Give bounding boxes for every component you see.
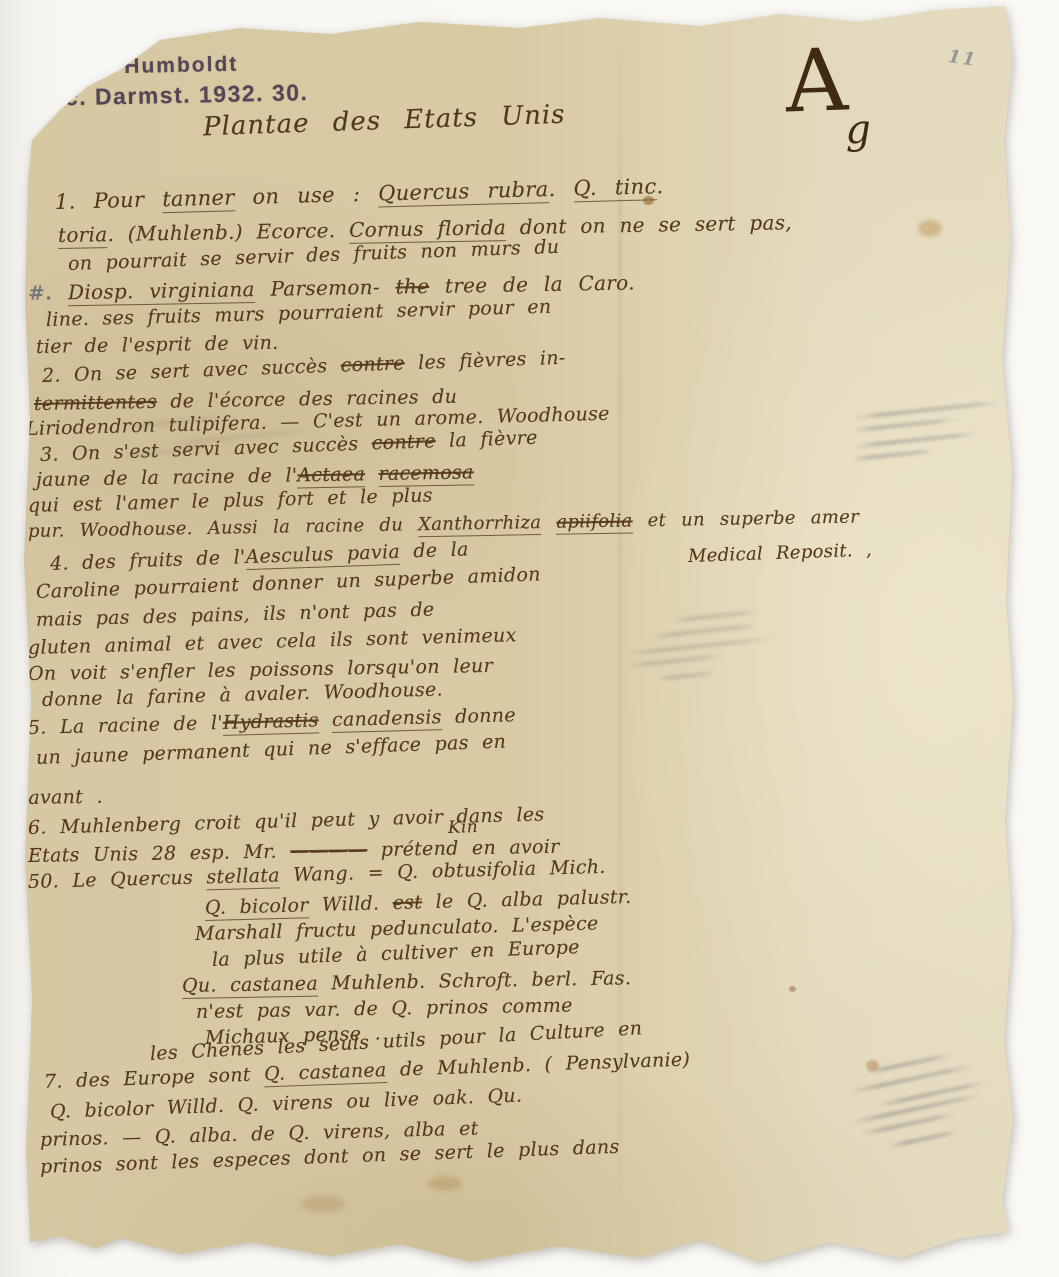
manuscript-line: 1. Pour tanner on use : Quercus rubra. Q… [55, 174, 664, 214]
paper-shadow: A. v. Humboldt acc. Darmst. 1932. 30. Pl… [0, 0, 1059, 1277]
foxing-spot [918, 220, 942, 237]
foxing-spot [428, 1176, 462, 1191]
manuscript-line: mais pas des pains, ils n'ont pas de [36, 599, 435, 631]
show-through-ghost [120, 420, 340, 465]
manuscript-line: Medical Reposit. , [688, 540, 873, 567]
show-through-ghost [628, 614, 774, 689]
foxing-spot [643, 196, 654, 205]
manuscript-line: tier de l'esprit de vin. [36, 332, 279, 358]
manuscript-line: n'est pas var. de Q. prinos comme [196, 994, 573, 1023]
foxing-spot [866, 1060, 879, 1071]
paper-sheet: A. v. Humboldt acc. Darmst. 1932. 30. Pl… [0, 0, 1059, 1277]
scanned-page: A. v. Humboldt acc. Darmst. 1932. 30. Pl… [0, 0, 1059, 1277]
manuscript-line: lavant . [22, 786, 103, 809]
show-through-ghost [848, 1062, 1006, 1152]
manuscript-line: gluten animal et avec cela ils sont veni… [28, 624, 517, 659]
manuscript-line: Qu. castanea Muhlenb. Schroft. berl. Fas… [182, 967, 632, 997]
foxing-spot [789, 986, 796, 992]
manuscript-line: 7. des Europe sont Q. castanea de Muhlen… [44, 1048, 691, 1093]
show-through-ghost [852, 408, 1002, 468]
foxing-spot [300, 1196, 346, 1212]
manuscript-line: Kin [448, 817, 479, 838]
